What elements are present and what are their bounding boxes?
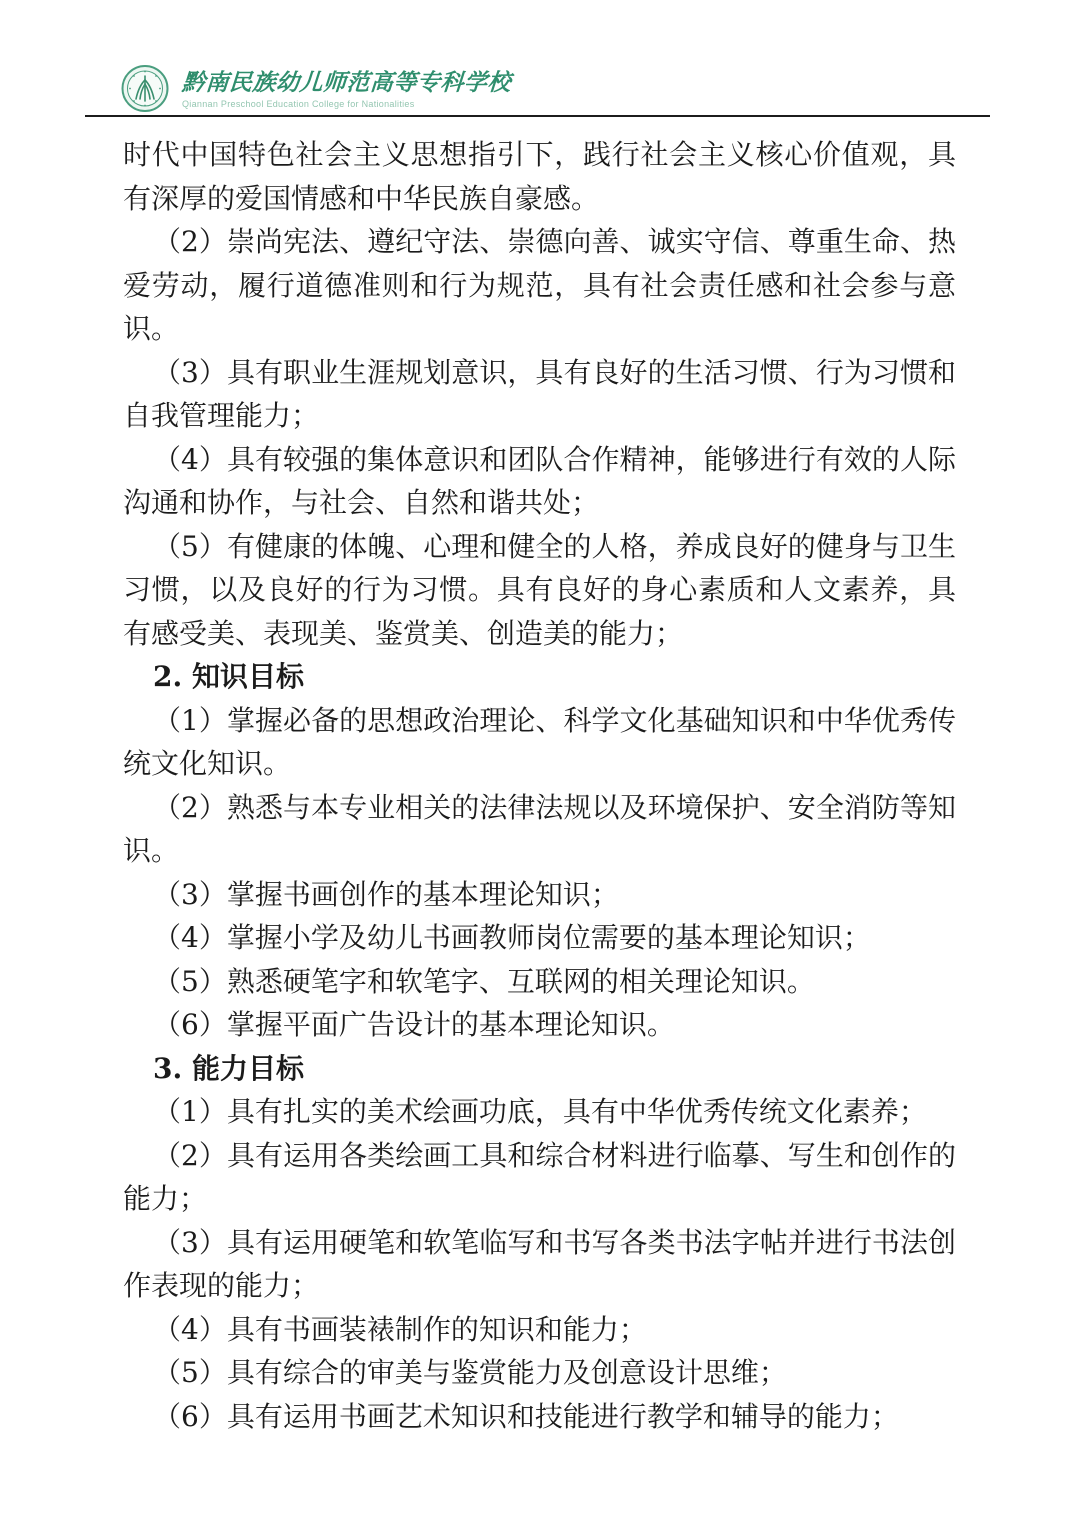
paragraph: （4）具有书画装裱制作的知识和能力；	[123, 1308, 956, 1352]
paragraph: （6）具有运用书画艺术知识和技能进行教学和辅导的能力；	[123, 1395, 956, 1439]
paragraph: （3）具有运用硬笔和软笔临写和书写各类书法字帖并进行书法创作表现的能力；	[123, 1221, 956, 1308]
paragraph: （2）熟悉与本专业相关的法律法规以及环境保护、安全消防等知识。	[123, 786, 956, 873]
document-body: 时代中国特色社会主义思想指引下，践行社会主义核心价值观，具有深厚的爱国情感和中华…	[123, 133, 956, 1438]
header-divider	[85, 115, 990, 117]
paragraph: （3）具有职业生涯规划意识，具有良好的生活习惯、行为习惯和自我管理能力；	[123, 351, 956, 438]
paragraph: 时代中国特色社会主义思想指引下，践行社会主义核心价值观，具有深厚的爱国情感和中华…	[123, 133, 956, 220]
paragraph: （4）掌握小学及幼儿书画教师岗位需要的基本理论知识；	[123, 916, 956, 960]
paragraph: 2. 知识目标	[123, 655, 956, 699]
paragraph: （6）掌握平面广告设计的基本理论知识。	[123, 1003, 956, 1047]
document-page: 黔南民族幼儿师范高等专科学校 Qiannan Preschool Educati…	[0, 0, 1074, 1520]
school-brand: 黔南民族幼儿师范高等专科学校 Qiannan Preschool Educati…	[182, 71, 511, 109]
paragraph: （3）掌握书画创作的基本理论知识；	[123, 873, 956, 917]
school-name-chinese: 黔南民族幼儿师范高等专科学校	[181, 71, 512, 95]
paragraph: （5）具有综合的审美与鉴赏能力及创意设计思维；	[123, 1351, 956, 1395]
school-seal-icon	[121, 63, 169, 114]
paragraph: （2）具有运用各类绘画工具和综合材料进行临摹、写生和创作的能力；	[123, 1134, 956, 1221]
paragraph: （1）掌握必备的思想政治理论、科学文化基础知识和中华优秀传统文化知识。	[123, 699, 956, 786]
paragraph: （1）具有扎实的美术绘画功底，具有中华优秀传统文化素养；	[123, 1090, 956, 1134]
school-name-english: Qiannan Preschool Education College for …	[182, 99, 511, 109]
paragraph: （5）熟悉硬笔字和软笔字、互联网的相关理论知识。	[123, 960, 956, 1004]
letterhead: 黔南民族幼儿师范高等专科学校 Qiannan Preschool Educati…	[121, 63, 511, 114]
paragraph: （5）有健康的体魄、心理和健全的人格，养成良好的健身与卫生习惯，以及良好的行为习…	[123, 525, 956, 656]
paragraph: （2）崇尚宪法、遵纪守法、崇德向善、诚实守信、尊重生命、热爱劳动，履行道德准则和…	[123, 220, 956, 351]
paragraph: 3. 能力目标	[123, 1047, 956, 1091]
paragraph: （4）具有较强的集体意识和团队合作精神，能够进行有效的人际沟通和协作，与社会、自…	[123, 438, 956, 525]
